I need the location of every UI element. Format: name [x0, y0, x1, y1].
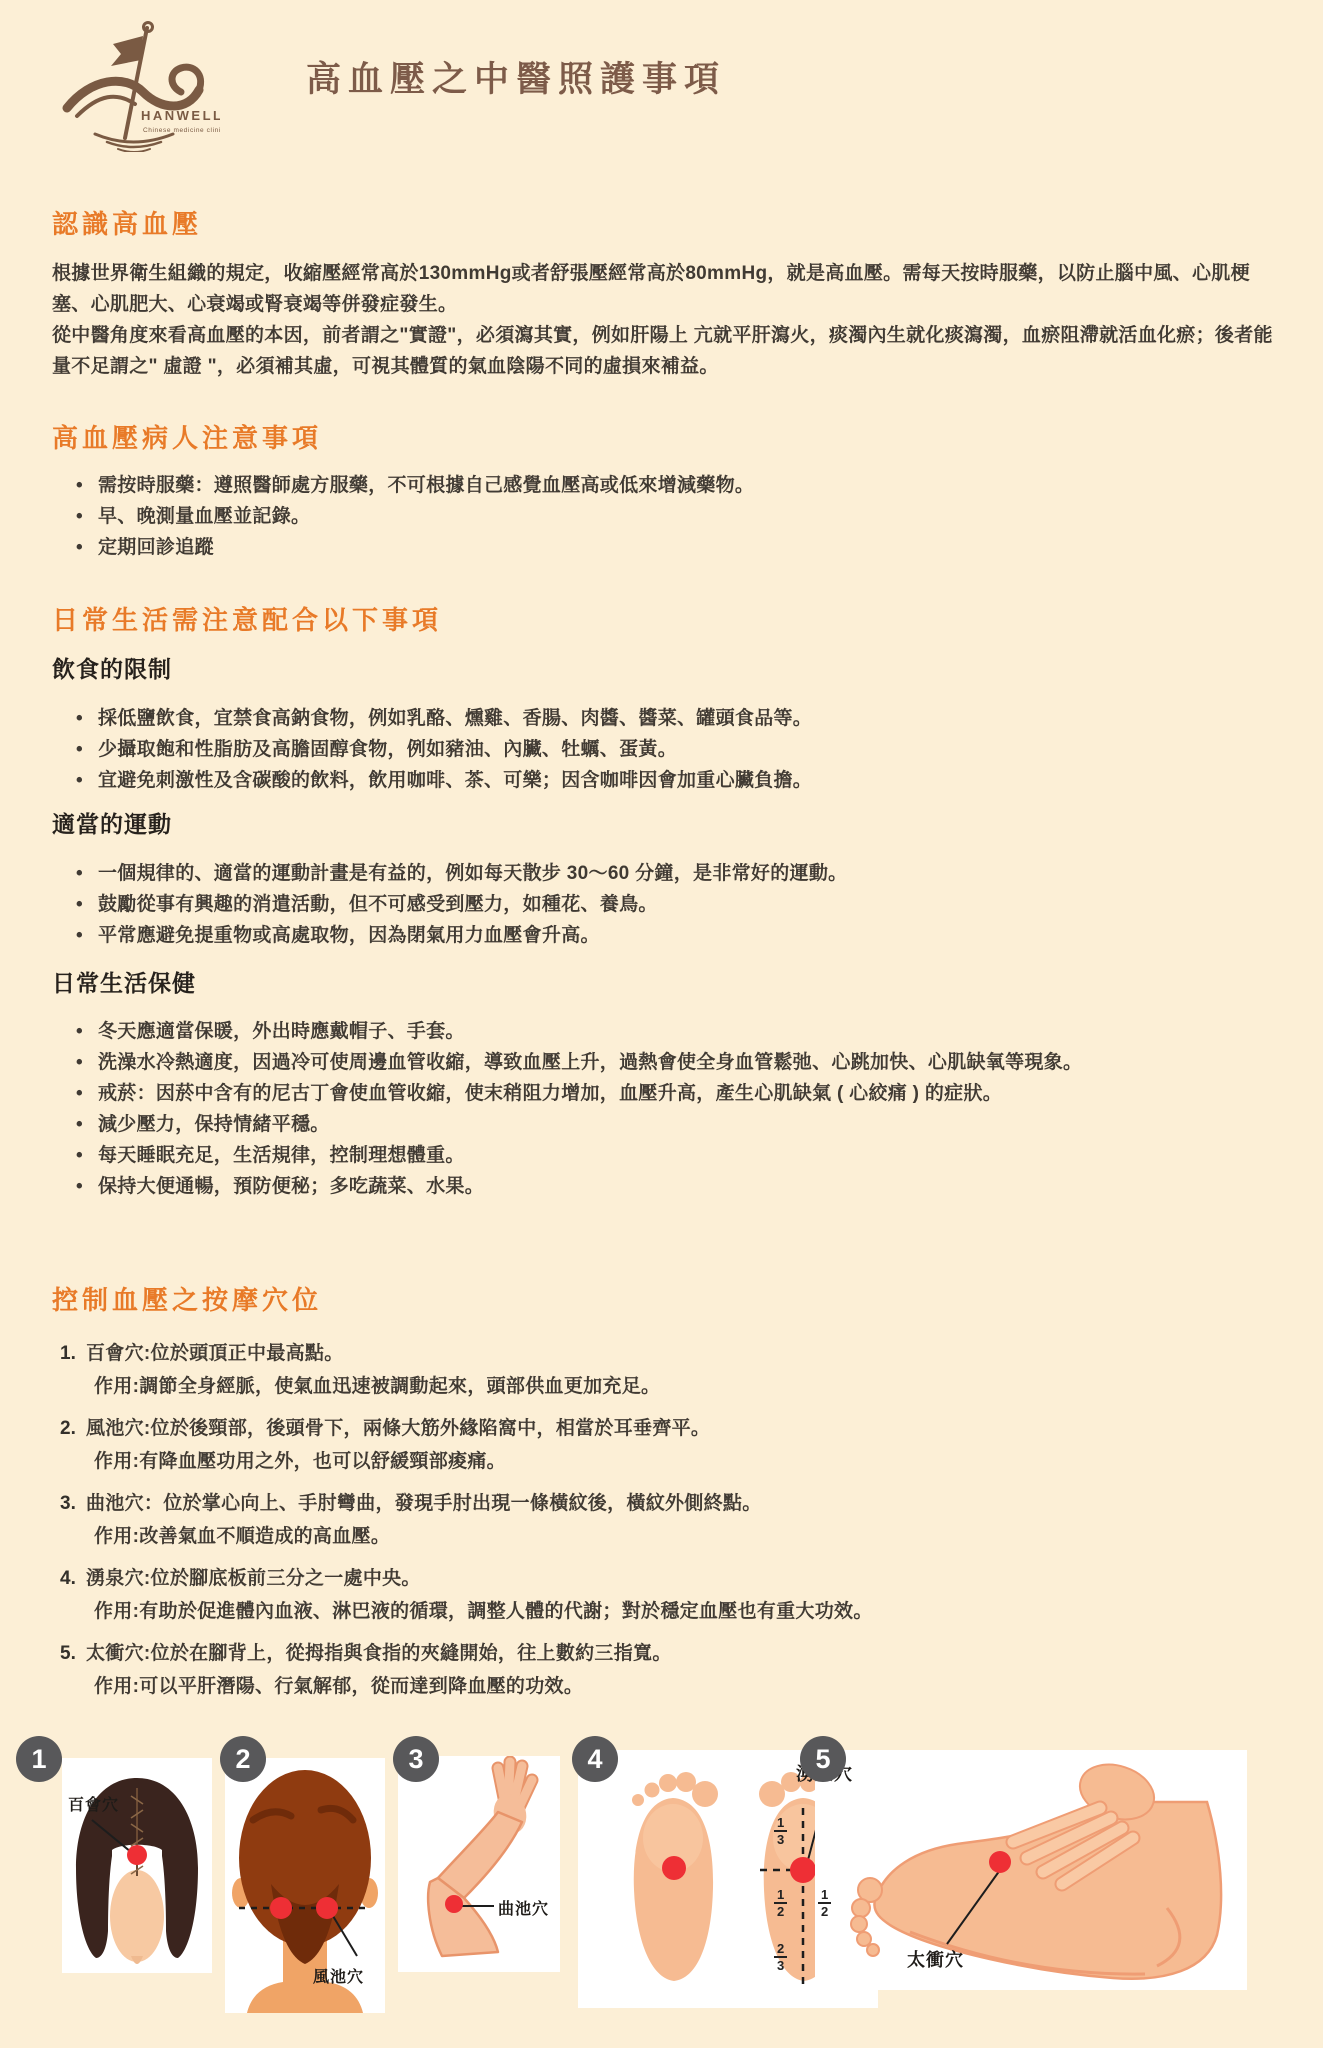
bullet-list-care: 冬天應適當保暖，外出時應戴帽子、手套。 洗澡水冷熱適度，因過冷可使周邊血管收縮，… [52, 1016, 1273, 1202]
logo-tagline-text: Chinese medicine clinic [143, 127, 220, 134]
bullet-item: 需按時服藥：遵照醫師處方服藥，不可根據自己感覺血壓高或低來增減藥物。 [76, 470, 1273, 501]
fraction-two-thirds: 2 3 [774, 1942, 787, 1972]
bullet-item: 減少壓力，保持情緒平穩。 [76, 1109, 1273, 1140]
bullet-item: 平常應避免提重物或高處取物，因為閉氣用力血壓會升高。 [76, 920, 1273, 951]
bullet-list-diet: 採低鹽飲食，宜禁食高鈉食物，例如乳酪、燻雞、香腸、肉醬、醬菜、罐頭食品等。 少攝… [52, 703, 1273, 796]
foot-massage-drawing [815, 1750, 1247, 1990]
section-heading: 控制血壓之按摩穴位 [52, 1280, 1273, 1314]
fraction-numerator: 1 [774, 1816, 787, 1832]
logo-flag [111, 36, 143, 66]
subsection-heading-care: 日常生活保健 [52, 965, 1273, 995]
figure-number-badge: 5 [800, 1736, 846, 1782]
section-know-hypertension: 認識高血壓 根據世界衛生組織的規定，收縮壓經常高於130mmHg或者舒張壓經常高… [52, 204, 1273, 382]
acupoint-location: 曲池穴：位於掌心向上、手肘彎曲，發現手肘出現一條橫紋後，橫紋外側終點。 [86, 1493, 762, 1514]
hanwell-logo: HANWELL Chinese medicine clinic [55, 20, 220, 152]
logo-brand-text: HANWELL [141, 108, 220, 123]
acupoint-item: 5.太衝穴:位於在腳背上，從拇指與食指的夾縫開始，往上數約三指寬。 作用:可以平… [60, 1637, 1273, 1703]
acupoint-location: 湧泉穴:位於腳底板前三分之一處中央。 [86, 1568, 421, 1589]
section-patient-notice: 高血壓病人注意事項 需按時服藥：遵照醫師處方服藥，不可根據自己感覺血壓高或低來增… [52, 418, 1273, 563]
paragraph: 從中醫角度來看高血壓的本因，前者謂之"實證"，必須瀉其實，例如肝陽上 亢就平肝瀉… [52, 320, 1273, 382]
figure-label: 曲池穴 [498, 1896, 549, 1919]
fraction-numerator: 1 [774, 1888, 787, 1904]
figure-number-badge: 1 [16, 1736, 62, 1782]
bullet-item: 早、晚測量血壓並記錄。 [76, 501, 1273, 532]
fraction-one-half-left: 1 2 [774, 1888, 787, 1918]
acupoint-effect: 作用:有助於促進體內血液、淋巴液的循環，調整人體的代謝；對於穩定血壓也有重大功效… [94, 1595, 1273, 1628]
bullet-item: 宜避免刺激性及含碳酸的飲料，飲用咖啡、茶、可樂；因含咖啡因會加重心臟負擔。 [76, 765, 1273, 796]
acupoint-location: 百會穴:位於頭頂正中最高點。 [86, 1343, 344, 1364]
section-heading: 認識高血壓 [52, 204, 1273, 238]
bullet-item: 保持大便通暢，預防便秘；多吃蔬菜、水果。 [76, 1171, 1273, 1202]
fraction-numerator: 2 [774, 1942, 787, 1958]
paragraph: 根據世界衛生組織的規定，收縮壓經常高於130mmHg或者舒張壓經常高於80mmH… [52, 258, 1273, 320]
bullet-item: 一個規律的、適當的運動計畫是有益的，例如每天散步 30～60 分鐘，是非常好的運… [76, 858, 1273, 889]
acupoint-effect: 作用:有降血壓功用之外，也可以舒緩頸部痠痛。 [94, 1445, 1273, 1478]
acupoint-number: 5. [60, 1643, 86, 1665]
bullet-item: 鼓勵從事有興趣的消遣活動，但不可感受到壓力，如種花、養鳥。 [76, 889, 1273, 920]
bullet-item: 少攝取飽和性脂肪及高膽固醇食物，例如豬油、內臟、牡蠣、蛋黃。 [76, 734, 1273, 765]
bullet-item: 定期回診追蹤 [76, 532, 1273, 563]
figure-label: 太衝穴 [907, 1946, 964, 1972]
fraction-denominator: 2 [821, 1904, 828, 1918]
bullet-item: 採低鹽飲食，宜禁食高鈉食物，例如乳酪、燻雞、香腸、肉醬、醬菜、罐頭食品等。 [76, 703, 1273, 734]
acupoint-location: 太衝穴:位於在腳背上，從拇指與食指的夾縫開始，往上數約三指寬。 [86, 1643, 672, 1664]
fraction-denominator: 3 [777, 1958, 784, 1972]
subsection-heading-exercise: 適當的運動 [52, 806, 1273, 836]
acupoint-effect: 作用:調節全身經脈，使氣血迅速被調動起來，頭部供血更加充足。 [94, 1370, 1273, 1403]
acupoint-number: 2. [60, 1418, 86, 1440]
acupoint-effect: 作用:可以平肝潛陽、行氣解郁，從而達到降血壓的功效。 [94, 1670, 1273, 1703]
acupoint-number: 1. [60, 1343, 86, 1365]
fraction-one-half-right: 1 2 [818, 1888, 831, 1918]
acupoint-item: 1.百會穴:位於頭頂正中最高點。 作用:調節全身經脈，使氣血迅速被調動起來，頭部… [60, 1337, 1273, 1403]
acupoint-number: 4. [60, 1568, 86, 1590]
acupoint-dot [270, 1897, 292, 1919]
fraction-one-third: 1 3 [774, 1816, 787, 1846]
arm-drawing [398, 1756, 560, 1972]
figure-taichong-illustration: 太衝穴 [815, 1750, 1247, 1990]
acupoint-location: 風池穴:位於後頸部，後頭骨下，兩條大筋外緣陷窩中，相當於耳垂齊平。 [86, 1418, 710, 1439]
figure-quchi-illustration: 曲池穴 [398, 1756, 560, 1972]
figure-label: 風池穴 [313, 1964, 364, 1987]
bullet-item: 戒菸：因菸中含有的尼古丁會使血管收縮，使末稍阻力增加，血壓升高，產生心肌缺氣 (… [76, 1078, 1273, 1109]
acupoint-item: 4.湧泉穴:位於腳底板前三分之一處中央。 作用:有助於促進體內血液、淋巴液的循環… [60, 1562, 1273, 1628]
acupoint-dot [316, 1897, 338, 1919]
section-heading: 日常生活需注意配合以下事項 [52, 600, 1273, 634]
head-top-view-drawing [62, 1758, 212, 1973]
acupoint-number: 3. [60, 1493, 86, 1515]
figure-baihui-illustration: 百會穴 [62, 1758, 212, 1973]
acupoint-dot [445, 1895, 463, 1913]
section-daily-life: 日常生活需注意配合以下事項 飲食的限制 採低鹽飲食，宜禁食高鈉食物，例如乳酪、燻… [52, 600, 1273, 1202]
bullet-list-exercise: 一個規律的、適當的運動計畫是有益的，例如每天散步 30～60 分鐘，是非常好的運… [52, 858, 1273, 951]
bullet-item: 每天睡眠充足，生活規律，控制理想體重。 [76, 1140, 1273, 1171]
flyer-page: HANWELL Chinese medicine clinic 高血壓之中醫照護… [0, 0, 1323, 2048]
fraction-denominator: 3 [777, 1832, 784, 1846]
figure-fengchi-illustration: 風池穴 [225, 1758, 385, 2013]
acupoint-dot [989, 1851, 1011, 1873]
subsection-heading-diet: 飲食的限制 [52, 651, 1273, 681]
acupoint-list: 1.百會穴:位於頭頂正中最高點。 作用:調節全身經脈，使氣血迅速被調動起來，頭部… [52, 1337, 1273, 1703]
bullet-item: 冬天應適當保暖，外出時應戴帽子、手套。 [76, 1016, 1273, 1047]
section-heading: 高血壓病人注意事項 [52, 418, 1273, 452]
bullet-item: 洗澡水冷熱適度，因過冷可使周邊血管收縮，導致血壓上升，過熱會使全身血管鬆弛、心跳… [76, 1047, 1273, 1078]
page-title: 高血壓之中醫照護事項 [306, 52, 726, 102]
section-massage-points: 控制血壓之按摩穴位 1.百會穴:位於頭頂正中最高點。 作用:調節全身經脈，使氣血… [52, 1280, 1273, 1712]
figure-number-badge: 2 [220, 1736, 266, 1782]
acupoint-dot [127, 1845, 147, 1865]
figure-number-badge: 3 [393, 1736, 439, 1782]
bullet-list: 需按時服藥：遵照醫師處方服藥，不可根據自己感覺血壓高或低來增減藥物。 早、晚測量… [52, 470, 1273, 563]
fraction-denominator: 2 [777, 1904, 784, 1918]
fraction-numerator: 1 [818, 1888, 831, 1904]
figure-label: 百會穴 [68, 1792, 119, 1815]
acupoint-dot [790, 1857, 816, 1883]
acupoint-dot [662, 1856, 686, 1880]
acupoint-item: 3.曲池穴：位於掌心向上、手肘彎曲，發現手肘出現一條橫紋後，橫紋外側終點。 作用… [60, 1487, 1273, 1553]
acupoint-item: 2.風池穴:位於後頸部，後頭骨下，兩條大筋外緣陷窩中，相當於耳垂齊平。 作用:有… [60, 1412, 1273, 1478]
acupoint-effect: 作用:改善氣血不順造成的高血壓。 [94, 1520, 1273, 1553]
figure-number-badge: 4 [572, 1736, 618, 1782]
